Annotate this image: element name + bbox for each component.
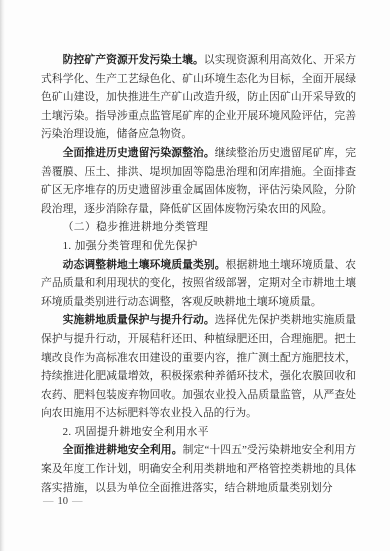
paragraph-lead: 全面推进历史遗留污染源整治。 [63,147,215,159]
paragraph-lead: 全面推进耕地安全利用。 [63,444,183,456]
paragraph-lead: 实施耕地质量保护与提升行动。 [63,314,215,326]
page-number: 10 [54,496,73,507]
section-heading: （二）稳步推进耕地分类管理 [41,218,356,237]
numbered-heading: 1. 加强分类管理和优先保护 [41,237,356,256]
numbered-heading: 2. 巩固提升耕地安全利用水平 [41,423,356,442]
paragraph: 实施耕地质量保护与提升行动。选择优先保护类耕地实施质量保护与提升行动，开展秸秆还… [41,311,356,423]
paragraph: 全面推进历史遗留污染源整治。继续整治历史遗留尾矿库，完善覆膜、压土、排洪、堤坝加… [41,144,356,218]
page-number-left-dash: — [43,496,54,507]
document-body: 防控矿产资源开发污染土壤。以实现资源利用高效化、开采方式科学化、生产工艺绿色化、… [41,51,356,497]
page-footer: —10— [43,495,83,508]
document-page: 防控矿产资源开发污染土壤。以实现资源利用高效化、开采方式科学化、生产工艺绿色化、… [0,0,390,551]
paragraph: 全面推进耕地安全利用。制定“十四五”受污染耕地安全利用方案及年度工作计划，明确安… [41,441,356,497]
paragraph-lead: 动态调整耕地土壤环境质量类别。 [63,259,226,271]
page-number-right-dash: — [72,496,83,507]
page-left-edge [0,0,5,551]
paragraph-lead: 防控矿产资源开发污染土壤。 [63,54,204,66]
paragraph: 防控矿产资源开发污染土壤。以实现资源利用高效化、开采方式科学化、生产工艺绿色化、… [41,51,356,144]
paragraph: 动态调整耕地土壤环境质量类别。根据耕地土壤环境质量、农产品质量和利用现状的变化，… [41,256,356,312]
